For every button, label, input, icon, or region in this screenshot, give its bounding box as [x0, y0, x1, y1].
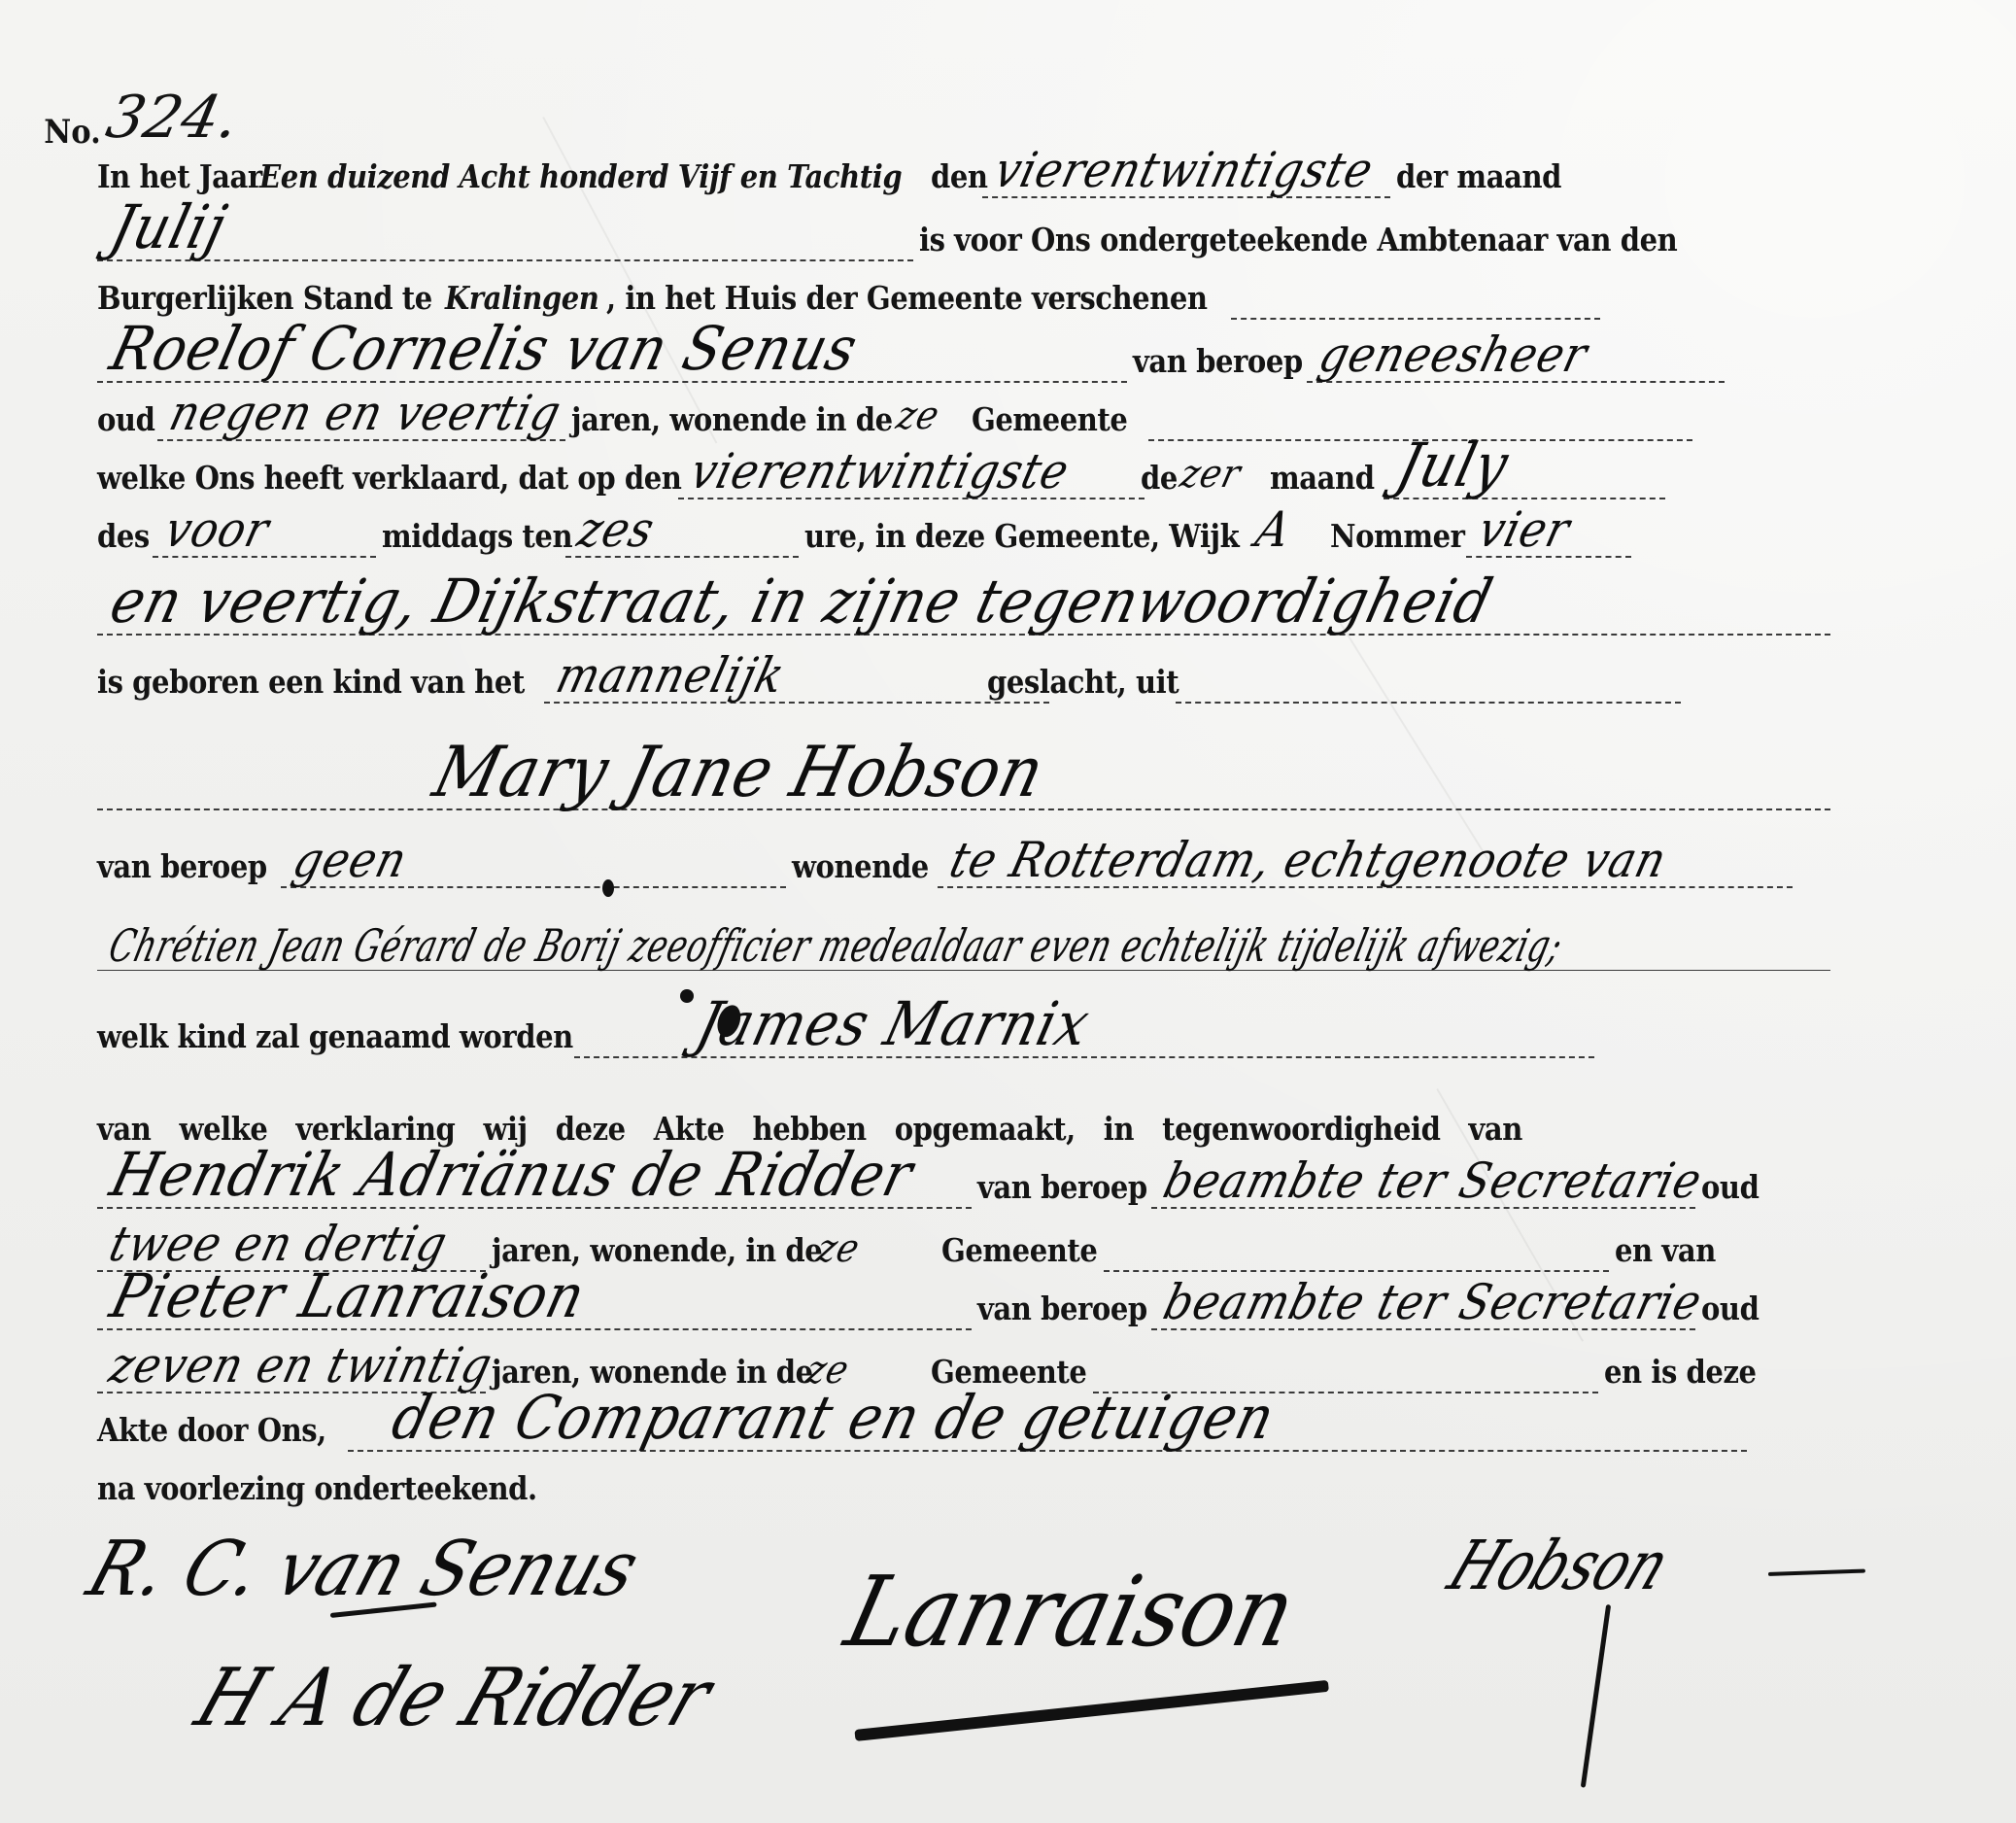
blank-field	[1104, 1231, 1609, 1272]
line-5: oud negen en veertig jaren, wonende in d…	[97, 379, 1836, 441]
line-9: is geboren een kind van het mannelijk ge…	[97, 641, 1836, 704]
printed-text: welk kind zal genaamd worden	[97, 1020, 573, 1058]
mother-name-field: Mary Jane Hobson	[97, 721, 1830, 810]
signature-underline	[854, 1680, 1329, 1741]
document-page: No. 324. In het Jaar Een duizend Acht ho…	[0, 0, 2016, 1823]
handwritten-occupation: geneesheer	[1315, 330, 1592, 379]
handwritten-declarant-name: Roelof Cornelis van Senus	[105, 319, 864, 379]
handwritten-signers: den Comparant en de getuigen	[387, 1388, 1281, 1448]
declarant-occupation-field: geneesheer	[1307, 323, 1725, 383]
mother-residence-field: te Rotterdam, echtgenoote van	[938, 828, 1793, 888]
witness-2-occupation-field: beambte ter Secretarie	[1151, 1270, 1695, 1330]
address-field: en veertig, Dijkstraat, in zijne tegenwo…	[97, 575, 1830, 636]
line-11: van beroep geen wonende te Rotterdam, ec…	[97, 826, 1836, 888]
printed-text: na voorlezing onderteekend.	[97, 1472, 537, 1510]
printed-text: wonende	[792, 850, 929, 888]
line-17: Pieter Lanraison van beroep beambte ter …	[97, 1268, 1836, 1330]
handwritten-suffix: ze	[813, 1229, 864, 1268]
handwritten-witness-1-name: Hendrik Adriänus de Ridder	[105, 1145, 919, 1205]
printed-text: oud	[1701, 1292, 1759, 1330]
declarant-age-field: negen en veertig	[157, 381, 565, 441]
line-8: en veertig, Dijkstraat, in zijne tegenwo…	[97, 573, 1836, 636]
handwritten-ward: A	[1251, 505, 1296, 554]
printed-text: middags ten	[382, 520, 572, 558]
printed-text: en is deze	[1604, 1356, 1757, 1393]
signature-official: Hobson	[1438, 1526, 1681, 1605]
line-1: In het Jaar Een duizend Acht honderd Vij…	[97, 136, 1836, 198]
line-3: Burgerlijken Stand te Kralingen , in het…	[97, 258, 1836, 320]
printed-text: Akte door Ons,	[97, 1414, 326, 1452]
day-field: vierentwintigste	[982, 138, 1390, 198]
handwritten-house-number: vier	[1474, 505, 1575, 554]
number-label: No.	[44, 113, 101, 152]
line-15: Hendrik Adriänus de Ridder van beroep be…	[97, 1147, 1836, 1209]
declarant-name-field: Roelof Cornelis van Senus	[97, 323, 1127, 383]
handwritten-voor: voor	[160, 505, 274, 554]
line-12: Chrétien Jean Gérard de Borij zeeofficie…	[97, 909, 1836, 971]
witness-1-occupation-field: beambte ter Secretarie	[1151, 1149, 1695, 1209]
handwritten-birth-month: July	[1391, 435, 1515, 496]
handwritten-child-name: James Marnix	[691, 994, 1096, 1054]
line-19: Akte door Ons, den Comparant en de getui…	[97, 1390, 1836, 1452]
mother-occupation-field: geen	[281, 828, 786, 888]
printed-text: Gemeente	[941, 1234, 1097, 1272]
signature-declarant: R. C. van Senus	[78, 1526, 649, 1613]
birth-day-field: vierentwintigste	[678, 439, 1145, 499]
month-field: Julij	[97, 201, 913, 261]
handwritten-mother-occupation: geen	[289, 836, 412, 884]
handwritten-father-details: Chrétien Jean Gérard de Borij zeeofficie…	[105, 923, 1567, 968]
printed-text: Nommer	[1330, 520, 1465, 558]
line-4: Roelof Cornelis van Senus van beroep gen…	[97, 321, 1836, 383]
handwritten-age: negen en veertig	[165, 389, 566, 437]
ink-blot	[602, 879, 614, 897]
printed-text: van beroep	[977, 1171, 1147, 1209]
handwritten-hour: zes	[573, 505, 660, 554]
printed-text: ure, in deze Gemeente, Wijk	[804, 520, 1239, 558]
witness-2-name-field: Pieter Lanraison	[97, 1270, 972, 1330]
handwritten-suffix: ze	[893, 396, 943, 435]
handwritten-suffix: zer	[1177, 455, 1245, 494]
signature-flourish	[1768, 1569, 1865, 1576]
line-10: Mary Jane Hobson	[97, 748, 1836, 810]
printed-text: des	[97, 520, 150, 558]
printed-text: den	[931, 160, 988, 198]
signers-field: den Comparant en de getuigen	[348, 1392, 1747, 1452]
printed-text: en van	[1615, 1234, 1716, 1272]
father-details-field: Chrétien Jean Gérard de Borij zeeofficie…	[97, 911, 1830, 971]
signature-flourish	[1581, 1604, 1611, 1788]
printed-text: maand	[1270, 462, 1375, 499]
birth-month-field: July	[1384, 439, 1665, 499]
handwritten-birth-day: vierentwintigste	[686, 447, 1075, 496]
hour-field: zes	[565, 498, 799, 558]
line-2: Julij is voor Ons ondergeteekende Ambten…	[97, 199, 1836, 261]
signature-witness-2: Lanraison	[836, 1555, 1306, 1668]
printed-text: geslacht, uit	[987, 666, 1179, 704]
line-20: na voorlezing onderteekend.	[97, 1448, 1836, 1510]
handwritten-month: Julij	[105, 197, 232, 258]
printed-text: van beroep	[1133, 345, 1303, 383]
time-of-day-field: voor	[153, 498, 376, 558]
handwritten-mother-name: Mary Jane Hobson	[427, 737, 1051, 807]
printed-text: jaren, wonende in de	[571, 403, 893, 441]
printed-text: der maand	[1396, 160, 1561, 198]
printed-text: Gemeente	[972, 403, 1127, 441]
handwritten-address: en veertig, Dijkstraat, in zijne tegenwo…	[105, 571, 1498, 632]
blank-field	[1176, 663, 1681, 704]
signature-witness-1: H A de Ridder	[185, 1652, 723, 1744]
handwritten-witness-2-name: Pieter Lanraison	[105, 1266, 591, 1326]
line-7: des voor middags ten zes ure, in deze Ge…	[97, 496, 1836, 558]
handwritten-witness-2-occupation: beambte ter Secretarie	[1159, 1278, 1707, 1326]
printed-text: van beroep	[977, 1292, 1147, 1330]
sex-field: mannelijk	[544, 643, 1049, 704]
handwritten-day: vierentwintigste	[990, 146, 1379, 194]
printed-text: is voor Ons ondergeteekende Ambtenaar va…	[919, 224, 1677, 261]
printed-text: oud	[97, 403, 154, 441]
printed-text: oud	[1701, 1171, 1759, 1209]
blank-field	[1231, 279, 1600, 320]
printed-year: Een duizend Acht honderd Vijf en Tachtig	[259, 160, 902, 198]
printed-text: de	[1141, 462, 1178, 499]
witness-1-name-field: Hendrik Adriänus de Ridder	[97, 1149, 972, 1209]
line-6: welke Ons heeft verklaard, dat op den vi…	[97, 437, 1836, 499]
printed-text: welke Ons heeft verklaard, dat op den	[97, 462, 681, 499]
house-number-field: vier	[1466, 498, 1631, 558]
printed-text: is geboren een kind van het	[97, 666, 525, 704]
ink-blot	[680, 989, 694, 1003]
handwritten-sex: mannelijk	[552, 651, 790, 700]
line-13: welk kind zal genaamd worden James Marni…	[97, 996, 1836, 1058]
handwritten-mother-residence: te Rotterdam, echtgenoote van	[945, 836, 1672, 884]
handwritten-witness-1-occupation: beambte ter Secretarie	[1159, 1156, 1707, 1205]
printed-text: van beroep	[97, 850, 267, 888]
